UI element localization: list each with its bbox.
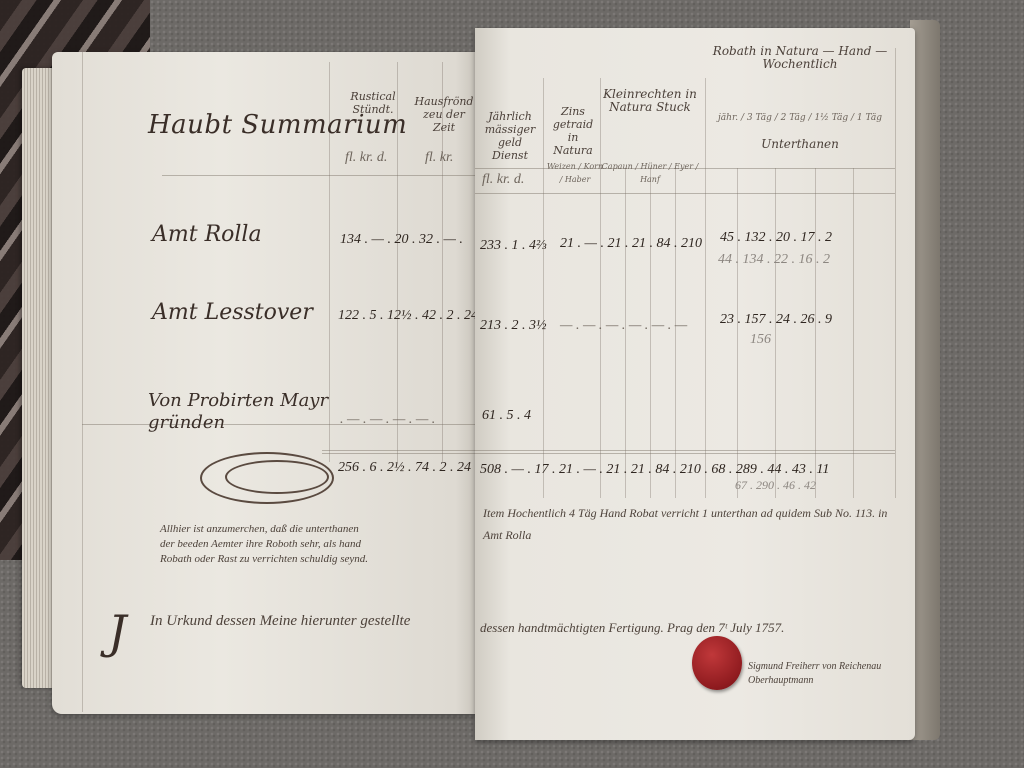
right-note: Item Hochentlich 4 Täg Hand Robat verric… (483, 502, 893, 546)
pencil-correction-amt-lesstover: 156 (750, 332, 771, 348)
right-total: 508 . — . 17 . 21 . — . 21 . 21 . 84 . 2… (480, 462, 829, 478)
closing-text-left: In Urkund dessen Meine hierunter gestell… (150, 613, 410, 630)
right-row-kleinrechten-amt-lesstover: — . — . — . — . — . — (560, 318, 687, 334)
column-header-kleinrechten: Kleinrechten in Natura Stuck (600, 88, 700, 114)
right-row-geld-amt-rolla: 233 . 1 . 4⅔ (480, 238, 547, 254)
right-row-geld-mayr-gruenden: 61 . 5 . 4 (482, 408, 531, 424)
right-row-kleinrechten-amt-rolla: 21 . — . 21 . 21 . 84 . 210 (560, 236, 702, 252)
row-values-amt-rolla: 134 . — . 20 . 32 . — . (340, 232, 463, 248)
initial-capital-flourish: J (108, 605, 126, 659)
column-header-geld: Jährlich mässiger geld Dienst (480, 110, 540, 162)
right-row-robath-amt-lesstover: 23 . 157 . 24 . 26 . 9 (720, 312, 832, 328)
left-note: Allhier ist anzumerchen, daß die unterth… (160, 522, 370, 567)
right-row-geld-amt-lesstover: 213 . 2 . 3½ (480, 318, 547, 334)
left-total: 256 . 6 . 2½ . 74 . 2 . 24 (338, 460, 471, 476)
pencil-correction-amt-rolla: 44 . 134 . 22 . 16 . 2 (718, 252, 830, 268)
column-units-zinsgetreid: Weizen / Korn / Haber (545, 160, 605, 186)
column-header-rustical: Rustical Stündt. (338, 90, 408, 116)
column-units-geld: fl. kr. d. (482, 172, 524, 188)
column-header-unterthanen: Unterthanen (725, 138, 875, 151)
signature: Sigmund Freiherr von Reichenau Oberhaupt… (748, 660, 908, 688)
red-wax-seal (692, 636, 742, 690)
decorative-flourish (225, 460, 329, 494)
right-row-robath-amt-rolla: 45 . 132 . 20 . 17 . 2 (720, 230, 832, 246)
column-header-zeit: Hausfrönd zeu der Zeit (414, 95, 474, 134)
column-header-zinsgetreid: Zins getraid in Natura (548, 105, 598, 157)
column-header-robath: Robath in Natura — Hand — Wochentlich (705, 45, 895, 71)
column-units-robath: jähr. / 3 Täg / 2 Täg / 1½ Täg / 1 Täg (705, 112, 895, 125)
right-total-pencil: 67 . 290 . 46 . 42 (735, 478, 816, 493)
units-rustical: fl. kr. d. (345, 150, 387, 166)
column-units-kleinrechten: Capaun / Hüner / Eyer / Hanf (600, 160, 700, 186)
units-zeit: fl. kr. (425, 150, 453, 166)
row-values-mayr-gruenden: . — . — . — . — . (340, 412, 435, 428)
row-label-amt-lesstover: Amt Lesstover (152, 300, 313, 325)
closing-text-right: dessen handtmächtigten Fertigung. Prag d… (480, 620, 784, 636)
row-label-amt-rolla: Amt Rolla (152, 222, 262, 247)
row-label-mayr-gruenden: Von Probirten Mayr gründen (148, 390, 348, 434)
row-values-amt-lesstover: 122 . 5 . 12½ . 42 . 2 . 24 (338, 308, 478, 324)
